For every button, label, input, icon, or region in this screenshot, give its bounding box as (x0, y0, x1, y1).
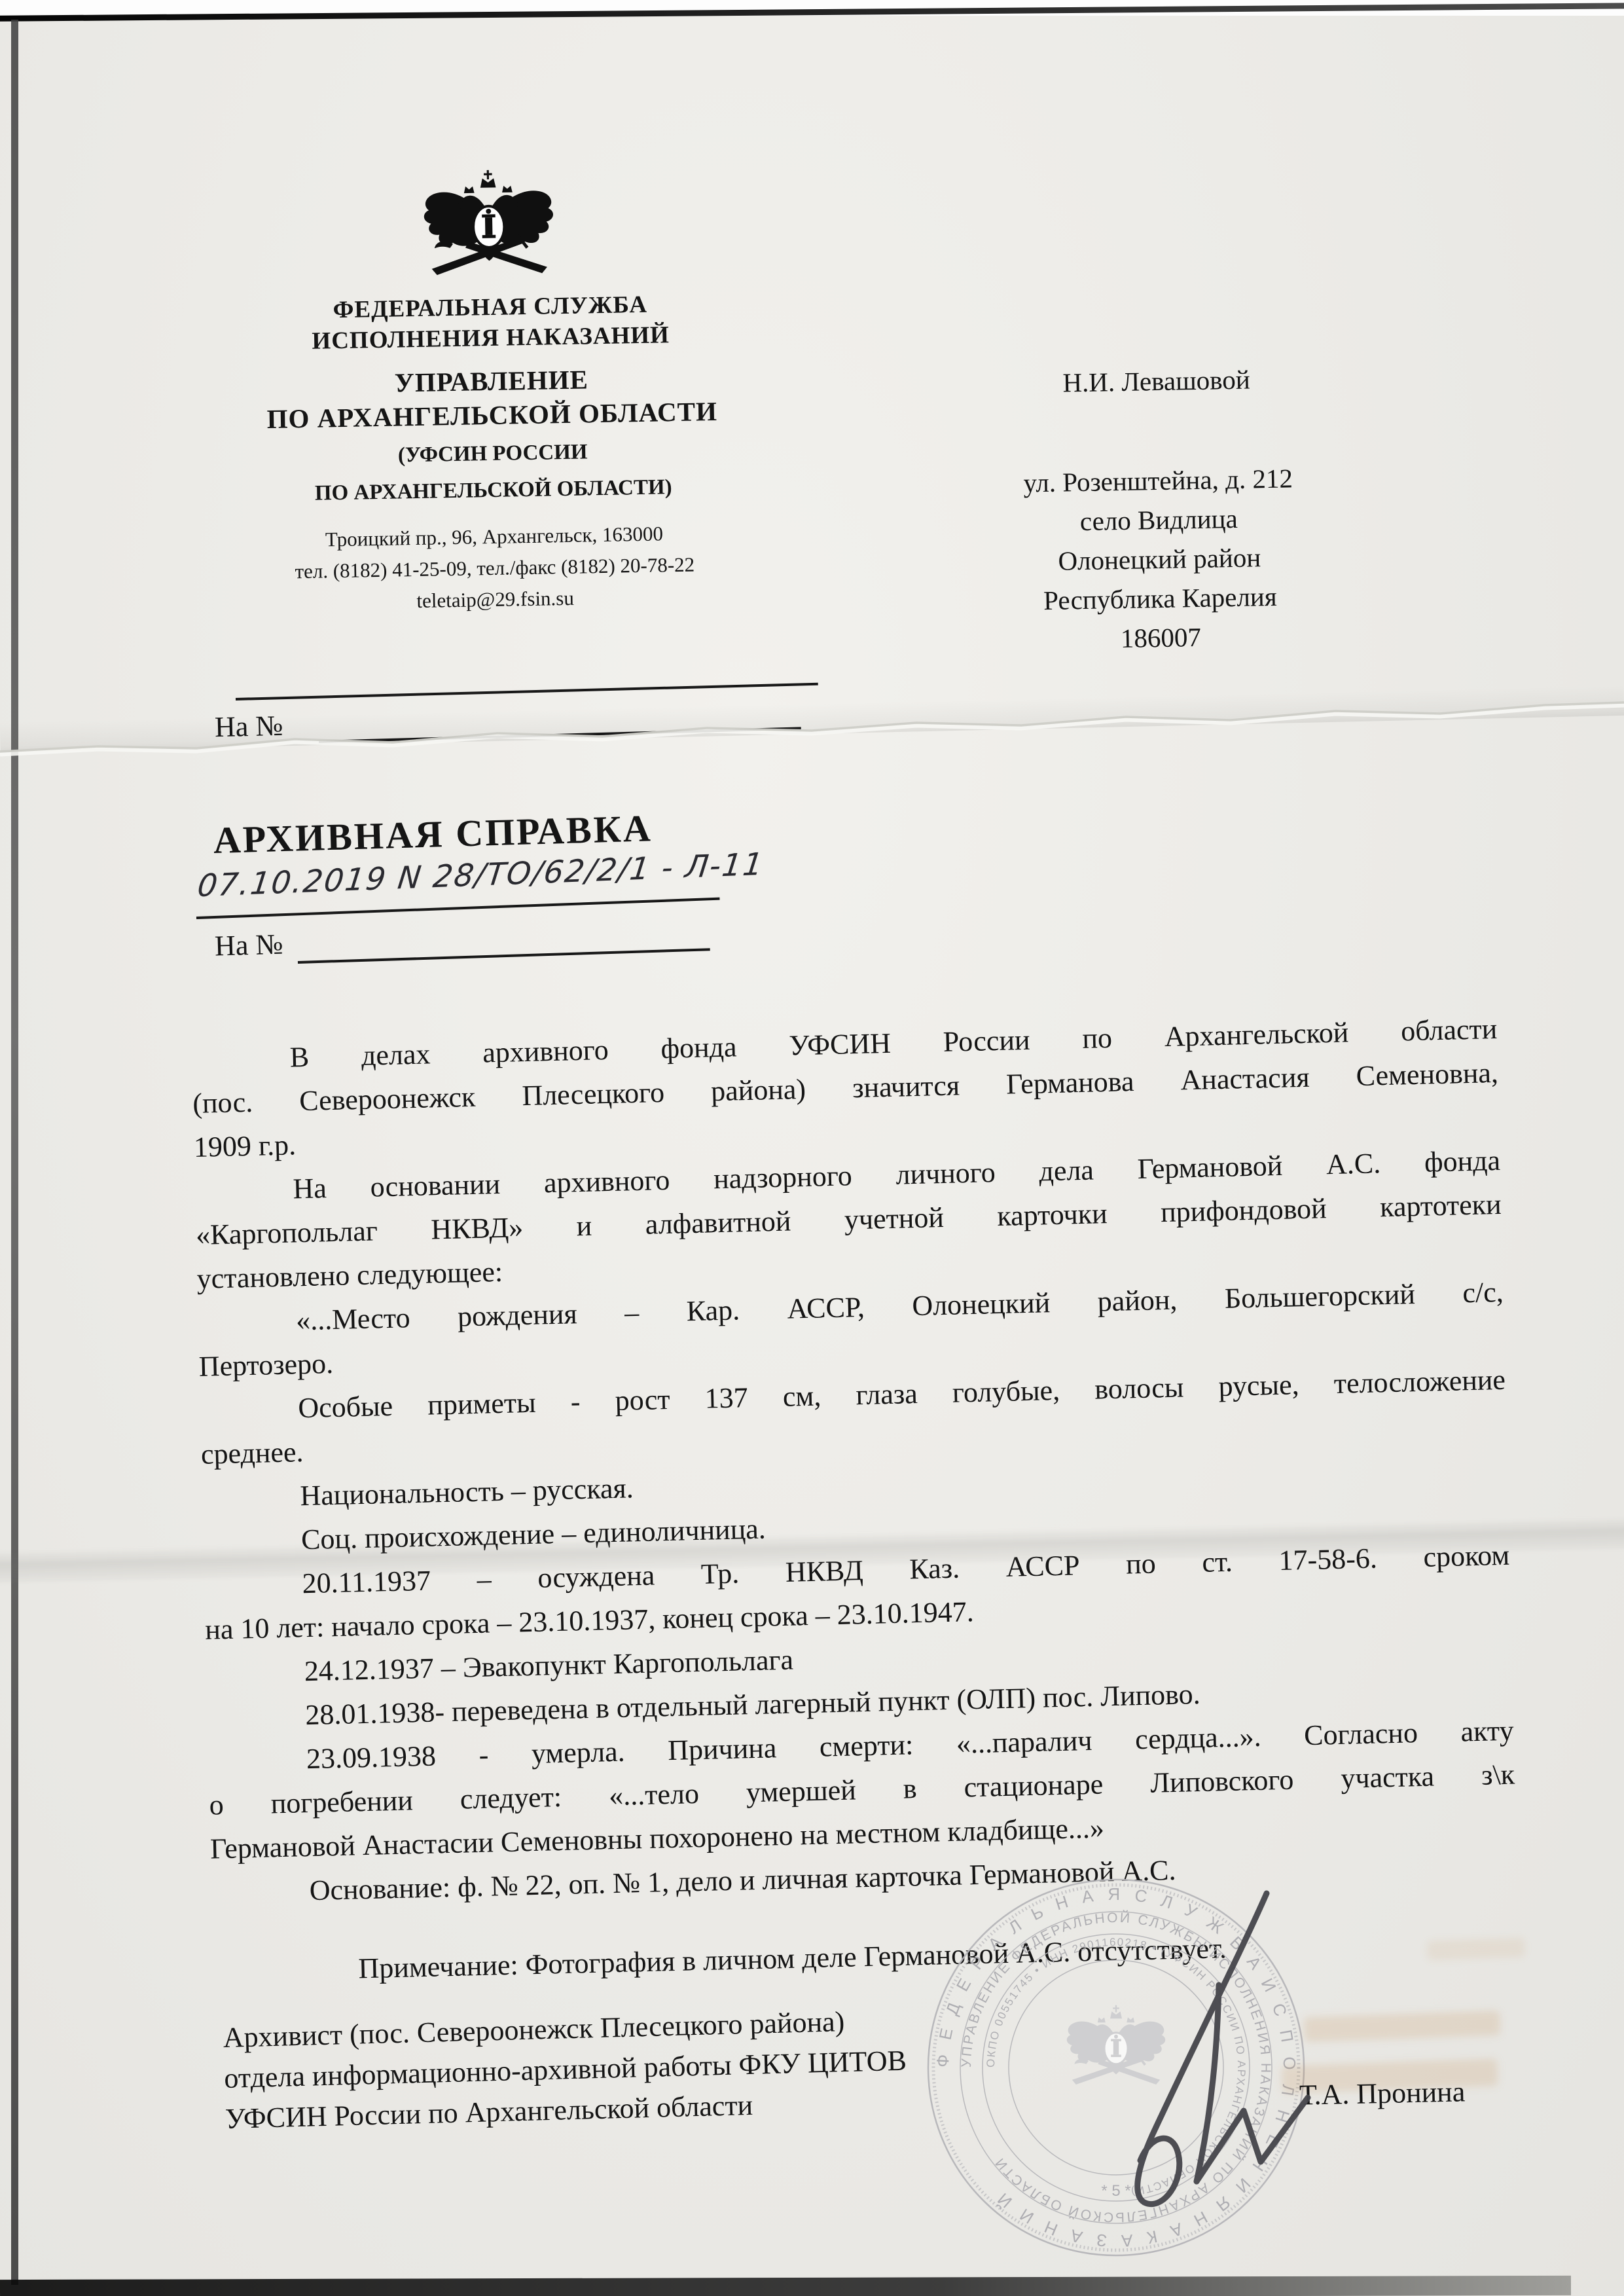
na-no-rule-title (298, 948, 710, 964)
recipient-name: Н.И. Левашовой (933, 357, 1379, 405)
fsin-eagle-emblem-icon (410, 161, 567, 289)
ink-bleed-through (1303, 2011, 1500, 2042)
ink-bleed-through (1427, 1937, 1526, 1960)
recipient-postcode: 186007 (938, 614, 1384, 661)
paper-fold-tear (0, 668, 1624, 779)
handwritten-signature (1047, 1874, 1329, 2247)
scanned-document-page: ФЕДЕРАЛЬНАЯ СЛУЖБА ИСПОЛНЕНИЯ НАКАЗАНИЙ … (0, 0, 1624, 2296)
letterhead: ФЕДЕРАЛЬНАЯ СЛУЖБА ИСПОЛНЕНИЯ НАКАЗАНИЙ … (193, 157, 790, 621)
org-abbr-line1: (УФСИН РОССИИ (198, 435, 787, 473)
paper-bottom-edge (0, 2276, 1571, 2296)
org-abbr-line2: ПО АРХАНГЕЛЬСКОЙ ОБЛАСТИ) (198, 471, 788, 509)
na-no-label-title: На № (214, 928, 283, 963)
body-text: В делах архивного фонда УФСИН России по … (191, 1007, 1519, 1994)
signatory-position: Архивист (пос. Североонежск Плесецкого р… (223, 1994, 1142, 2140)
recipient-block: Н.И. Левашовой ул. Розенштейна, д. 212 с… (933, 357, 1384, 661)
paper-left-edge (11, 20, 18, 2285)
